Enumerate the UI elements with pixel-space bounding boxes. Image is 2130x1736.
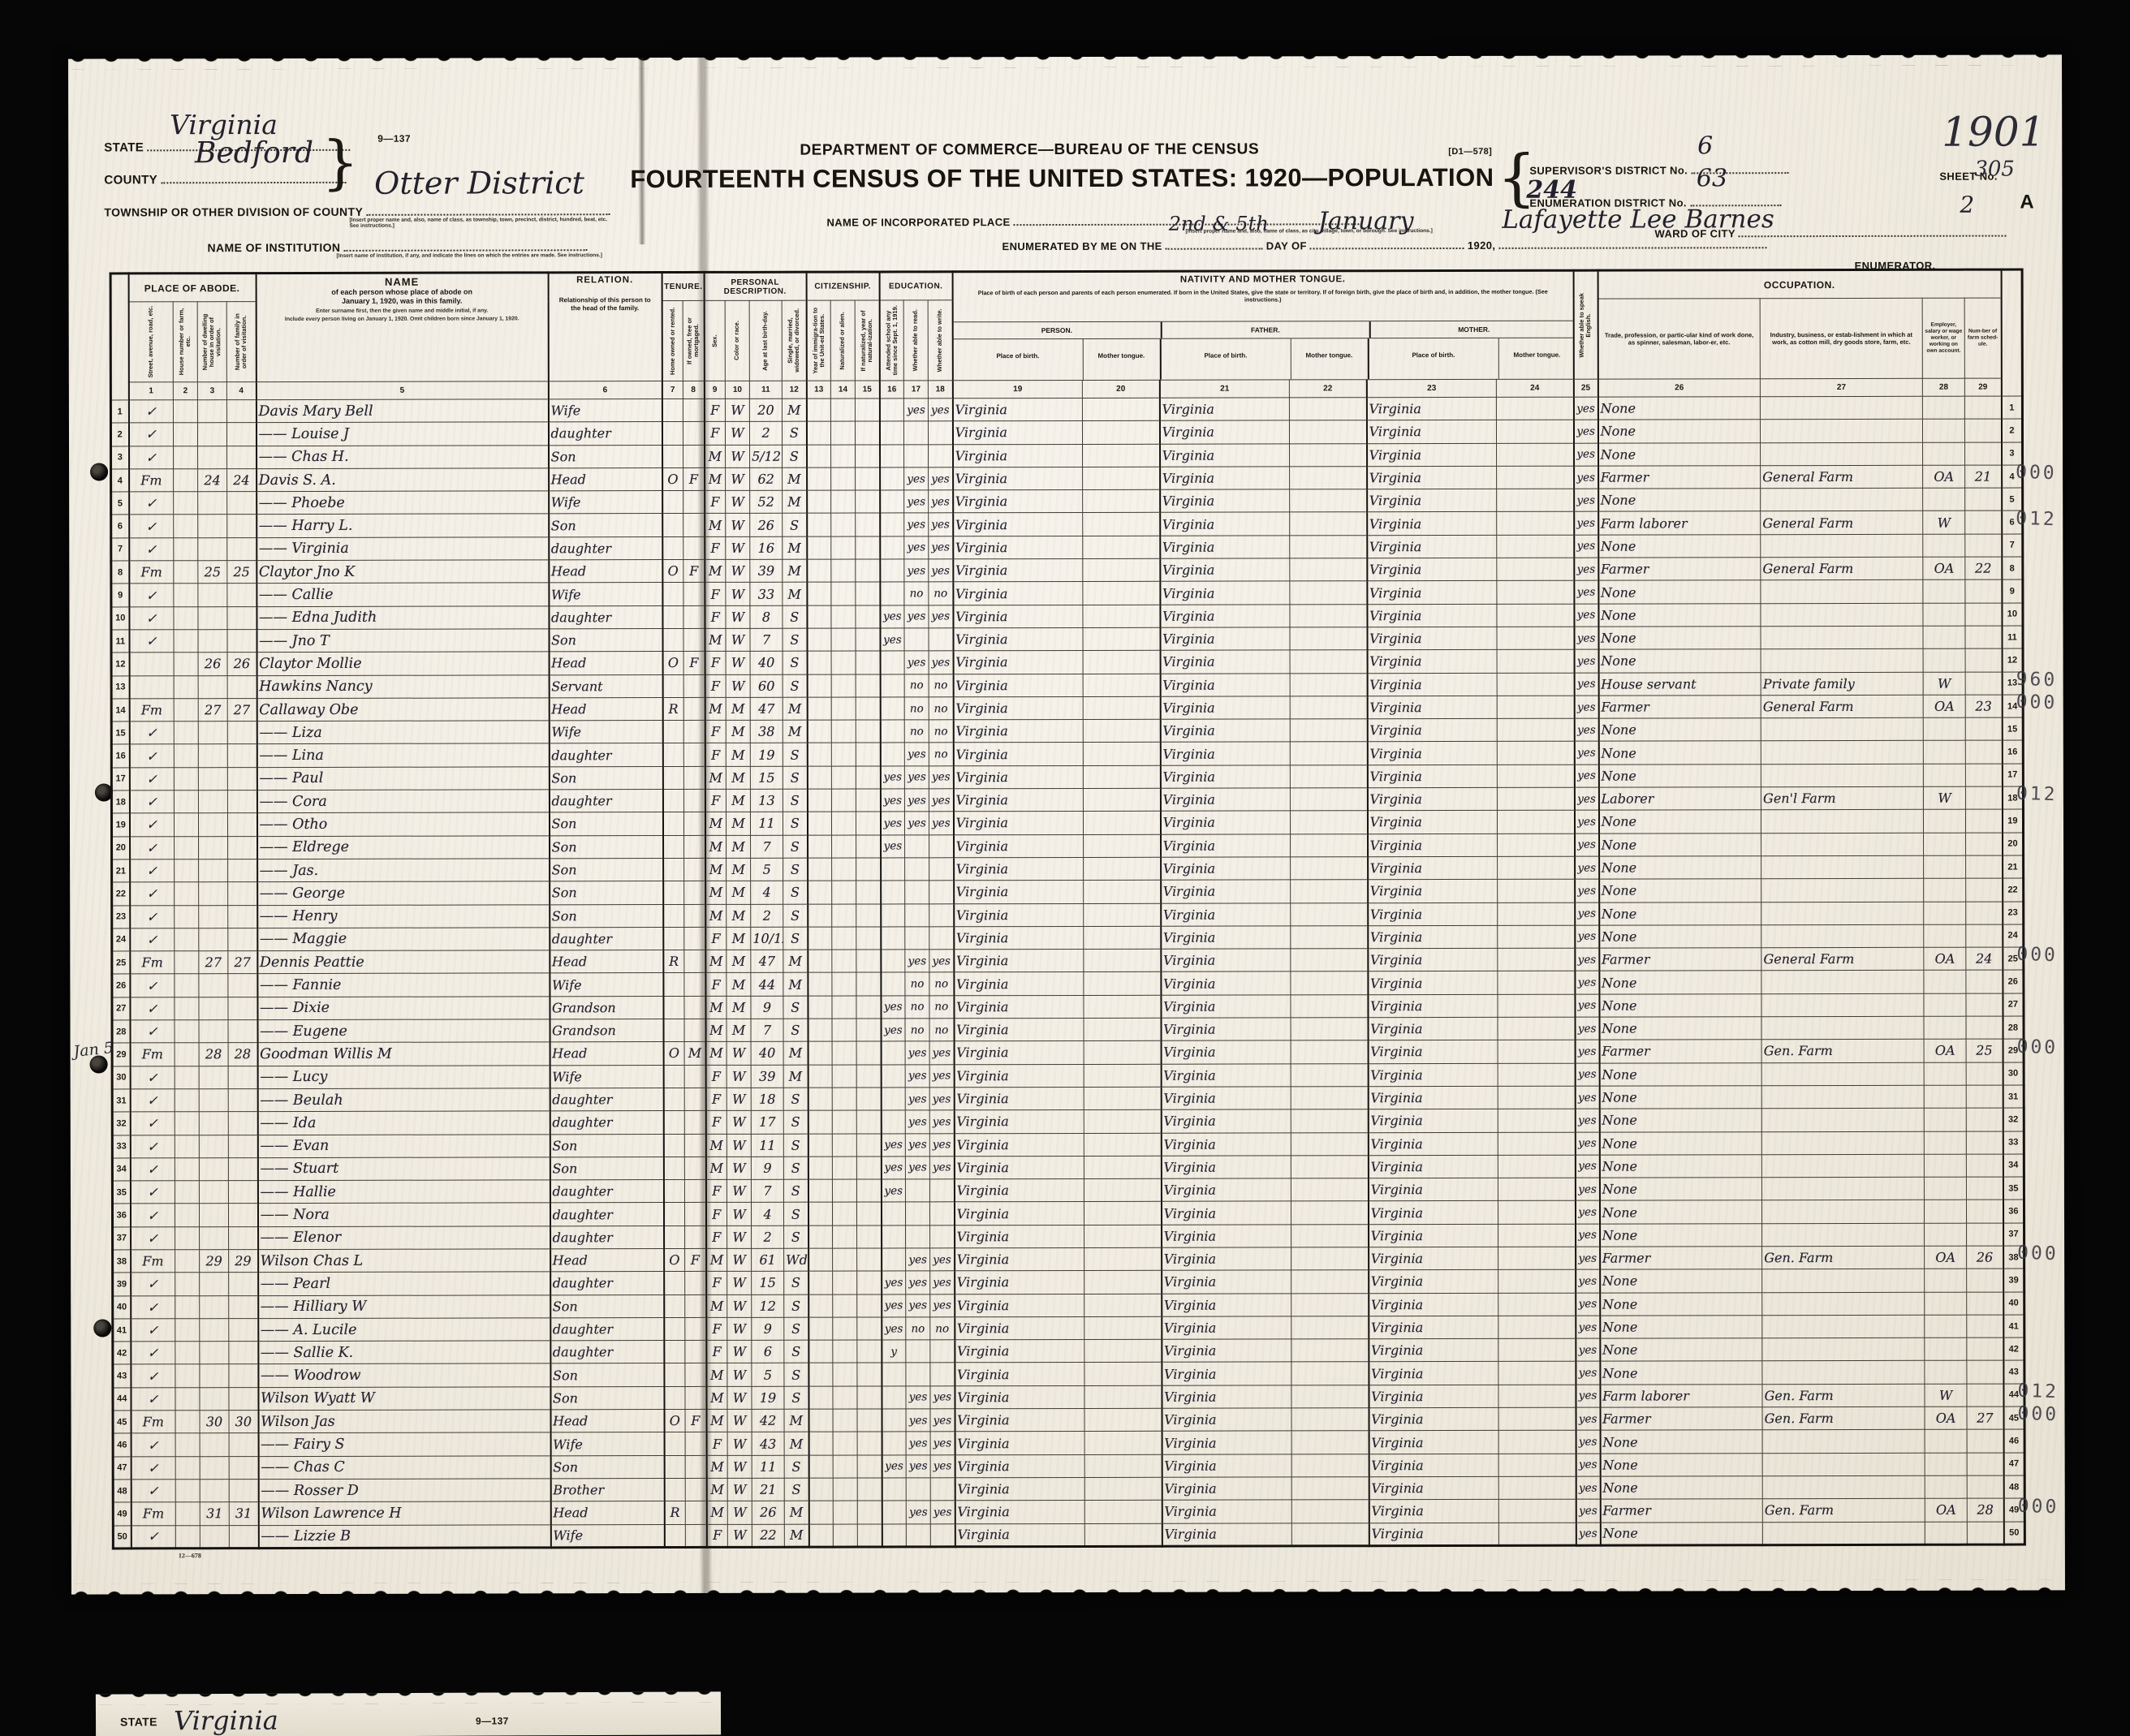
cell-dw: 29 (200, 1250, 229, 1273)
cell-h2 (174, 744, 198, 767)
cell-fb: Virginia (1162, 1408, 1291, 1432)
margin-stamp: 000 (2017, 1243, 2059, 1265)
cell-ind: Private family (1761, 672, 1923, 696)
cell-w18 (930, 1523, 955, 1546)
cell-ag: 10/12 (751, 927, 783, 950)
cell-c15 (856, 467, 880, 490)
cell-pb: Virginia (955, 1363, 1084, 1386)
cell-t24 (1497, 535, 1574, 558)
cell-fm: 27 (228, 951, 257, 974)
cell-n: 24 (112, 928, 130, 951)
cell-fn (1966, 1131, 2003, 1154)
cell-f (685, 1317, 706, 1340)
column-number: 8 (683, 381, 704, 398)
cell-pb: Virginia (953, 467, 1083, 490)
cell-en: yes (1574, 649, 1598, 672)
cell-mb: Virginia (1369, 1293, 1498, 1316)
cell-fm (229, 1387, 258, 1410)
cell-dw (198, 790, 227, 813)
cell-t22 (1291, 949, 1368, 971)
cell-st: ✓ (131, 1525, 175, 1548)
cell-n: 25 (112, 951, 130, 974)
cell-em (1923, 603, 1965, 626)
cell-w18: yes (929, 950, 954, 972)
cell-c15 (856, 1065, 881, 1088)
cell-en: yes (1575, 1132, 1599, 1155)
cell-ag: 2 (751, 904, 783, 927)
cell-c14 (833, 1363, 857, 1386)
cell-mb: Virginia (1367, 558, 1497, 581)
cell-tr: None (1600, 1430, 1762, 1454)
cell-n: 7 (111, 538, 129, 561)
name-note-2: Include every person living on January 1… (258, 316, 545, 323)
cell-w18: yes (929, 789, 954, 812)
cell-st: ✓ (129, 446, 174, 468)
cell-n: 43 (113, 1364, 131, 1387)
cell-t20 (1083, 489, 1160, 512)
county-value: Bedford (195, 136, 313, 170)
cell-s16: yes (881, 812, 905, 834)
cell-r17: yes (904, 536, 929, 559)
cell-pb: Virginia (955, 1340, 1084, 1363)
cell-t22 (1291, 834, 1368, 856)
col-header-owned-rented: Home owned or rented. (662, 301, 683, 381)
cell-c13 (808, 1226, 833, 1248)
cell-s16: yes (881, 789, 905, 812)
cell-t22 (1291, 1224, 1369, 1247)
cell-t22 (1291, 1247, 1369, 1270)
cell-rl: daughter (549, 743, 662, 767)
cell-sx: F (705, 536, 726, 559)
cell-rl: Son (550, 1294, 664, 1318)
cell-t22 (1290, 581, 1367, 604)
cell-w18 (930, 1340, 955, 1363)
cell-pb: Virginia (953, 421, 1083, 445)
cell-c13 (808, 927, 832, 950)
cell-st: ✓ (130, 1158, 175, 1181)
cell-c13 (807, 605, 831, 628)
cell-s16 (882, 1432, 906, 1454)
cell-c14 (830, 398, 855, 421)
cell-n2: 35 (2003, 1177, 2024, 1200)
cell-r17: yes (905, 1041, 929, 1064)
cell-fm (228, 974, 257, 997)
cell-f (685, 1432, 706, 1455)
cell-s16 (881, 858, 905, 881)
cell-t20 (1084, 1178, 1162, 1201)
cell-en: yes (1574, 558, 1598, 580)
cell-ag: 43 (752, 1432, 784, 1455)
cell-tr: None (1598, 718, 1761, 742)
cell-c15 (856, 812, 881, 834)
cell-ag: 11 (751, 1134, 783, 1157)
cell-tr: None (1600, 1269, 1762, 1293)
cell-c15 (857, 1501, 882, 1523)
cell-fb: Virginia (1162, 1201, 1291, 1225)
cell-c14 (831, 720, 856, 743)
cell-fn (1967, 1522, 2003, 1544)
cell-f (684, 1065, 705, 1088)
cell-st (129, 653, 174, 675)
cell-dw (198, 744, 227, 767)
cell-c13 (808, 1340, 833, 1363)
cell-st: ✓ (130, 1204, 175, 1226)
cell-em (1923, 488, 1965, 510)
cell-fn (1966, 786, 2003, 809)
cell-dw (200, 1364, 229, 1387)
cell-r17: no (904, 582, 929, 605)
column-number: 20 (1082, 380, 1159, 398)
cell-ms: M (783, 467, 807, 490)
cell-s16: yes (881, 835, 905, 858)
cell-ag: 4 (752, 1203, 784, 1226)
cell-n2: 32 (2003, 1108, 2024, 1131)
cell-c14 (833, 1524, 857, 1547)
cell-mb: Virginia (1368, 811, 1498, 834)
cell-st: ✓ (129, 492, 174, 515)
cell-w18 (929, 834, 954, 857)
cell-t22 (1291, 1454, 1369, 1476)
name-desc-1: of each person whose place of abode on (258, 287, 545, 297)
col-header-naturalized: Naturalized or alien. (830, 300, 855, 381)
cell-sx: M (705, 812, 727, 835)
cell-t20 (1084, 1202, 1162, 1225)
cell-fm (229, 1364, 258, 1387)
cell-r17: yes (906, 1294, 930, 1316)
cell-cr: W (727, 1409, 752, 1432)
cell-ag: 40 (750, 651, 783, 674)
cell-nm: —— Nora (258, 1203, 550, 1226)
cell-c13 (808, 904, 832, 927)
cell-fm (228, 1088, 257, 1111)
cell-dw: 26 (198, 653, 227, 675)
cell-r17 (906, 1340, 930, 1363)
cell-n: 12 (111, 653, 129, 675)
cell-nm: —— Jas. (257, 859, 550, 882)
cell-c14 (831, 674, 856, 697)
cell-w18: no (930, 1317, 955, 1340)
cell-h2 (174, 699, 198, 722)
cell-r17 (904, 421, 929, 444)
cell-cr: M (727, 812, 751, 835)
cell-ind (1761, 396, 1923, 420)
cell-sx: F (705, 743, 726, 766)
cell-n: 11 (111, 630, 129, 653)
cell-t22 (1290, 489, 1367, 512)
cell-c15 (856, 1041, 881, 1064)
person-tongue-header: Mother tongue. (1083, 339, 1161, 380)
cell-n: 2 (110, 423, 128, 446)
cell-pb: Virginia (954, 1064, 1084, 1088)
cell-t22 (1290, 719, 1367, 742)
cell-c15 (857, 1432, 882, 1454)
cell-em: W (1923, 511, 1965, 534)
cell-mb: Virginia (1367, 742, 1497, 765)
cell-h2 (175, 905, 199, 928)
cell-t22 (1290, 467, 1367, 489)
cell-fb: Virginia (1161, 788, 1291, 812)
margin-stamp: 960 (2016, 668, 2057, 691)
cell-t22 (1290, 512, 1367, 535)
cell-ms: M (784, 1432, 808, 1455)
cell-f (683, 789, 705, 812)
cell-fn (1967, 1338, 2003, 1360)
cell-c13 (807, 628, 831, 651)
cell-c14 (833, 1432, 857, 1454)
cell-c13 (808, 1110, 832, 1133)
cell-fb: Virginia (1160, 420, 1290, 444)
cell-t24 (1498, 994, 1575, 1017)
cell-nm: —— Liza (257, 721, 549, 744)
cell-ind (1762, 1177, 1925, 1200)
cell-tr: None (1600, 1338, 1762, 1362)
group-relation: RELATION. Relationship of this person to… (548, 273, 662, 381)
cell-t20 (1084, 812, 1161, 834)
cell-t24 (1498, 856, 1575, 879)
cell-em (1925, 1200, 1967, 1223)
cell-sx: M (705, 1042, 727, 1065)
cell-w18: no (929, 743, 953, 765)
cell-s16 (882, 1386, 906, 1409)
cell-t22 (1290, 398, 1367, 420)
cell-r17: yes (906, 1501, 930, 1523)
cell-f: M (684, 1042, 705, 1065)
cell-em (1924, 993, 1966, 1016)
cell-fb: Virginia (1162, 1385, 1291, 1409)
cell-mb: Virginia (1367, 489, 1497, 513)
cell-sx: F (706, 1524, 727, 1547)
cell-st: ✓ (130, 905, 175, 928)
cell-em: OA (1923, 465, 1965, 488)
cell-ag: 7 (750, 628, 783, 651)
cell-t20 (1083, 674, 1160, 696)
cell-tr: None (1599, 993, 1761, 1017)
cell-pb: Virginia (953, 720, 1083, 743)
cell-ind (1761, 1108, 1924, 1131)
cell-nm: —— Fannie (257, 973, 550, 997)
cell-nm: —— Henry (257, 904, 550, 928)
cell-fm (228, 1181, 257, 1204)
cell-cr: W (727, 1111, 751, 1134)
cell-ag: 17 (751, 1110, 783, 1133)
cell-c14 (831, 559, 856, 582)
cell-fm (228, 928, 257, 950)
cell-h2 (175, 1181, 199, 1204)
cell-en: yes (1576, 1476, 1600, 1499)
cell-fn (1965, 717, 2002, 740)
cell-en: yes (1575, 856, 1599, 879)
cell-en: yes (1574, 512, 1598, 535)
cell-em (1923, 648, 1965, 671)
cell-o (662, 398, 683, 421)
cell-ag: 26 (752, 1501, 784, 1523)
cell-rl: daughter (550, 1341, 664, 1364)
cell-fn (1965, 511, 2002, 534)
cell-c13 (808, 1271, 833, 1294)
cell-o (664, 1226, 685, 1248)
cell-o (664, 1455, 685, 1478)
cell-t20 (1084, 1339, 1162, 1362)
cell-h2 (175, 836, 199, 859)
cell-t24 (1498, 811, 1575, 834)
column-number: 11 (749, 381, 782, 398)
cell-ind (1762, 1361, 1925, 1385)
cell-f (685, 1203, 706, 1226)
cell-en: yes (1574, 765, 1598, 787)
cell-sx: F (705, 674, 726, 697)
cell-rl: Servant (549, 674, 662, 698)
cell-c14 (832, 904, 856, 927)
cell-fn (1967, 1200, 2003, 1222)
cell-c13 (807, 536, 831, 559)
cell-en: yes (1575, 787, 1599, 810)
cell-fm (228, 1112, 257, 1135)
cell-mb: Virginia (1368, 880, 1498, 903)
cell-s16 (881, 972, 905, 995)
nativity-person-father-mother: PERSON. FATHER. MOTHER. (953, 321, 1572, 340)
cell-c15 (857, 1409, 882, 1432)
cell-st: Fm (131, 1411, 175, 1433)
cell-c13 (807, 766, 831, 789)
cell-cr: M (726, 743, 750, 766)
cell-cr: M (726, 720, 750, 743)
cell-cr: W (726, 583, 750, 605)
col-header-dwelling-number: Number of dwelling house in order of vis… (197, 302, 226, 382)
cell-fm (229, 1295, 258, 1318)
nativity-title: NATIVITY AND MOTHER TONGUE. (953, 272, 1572, 289)
cell-cr: M (727, 1019, 751, 1041)
cell-em (1924, 1108, 1966, 1131)
cell-rl: Head (550, 1501, 664, 1525)
cell-ind: General Farm (1761, 465, 1923, 489)
cell-fm (227, 767, 257, 790)
cell-c13 (807, 697, 831, 720)
cell-n: 31 (112, 1089, 130, 1112)
group-education: EDUCATION. (879, 272, 952, 300)
cell-t22 (1291, 994, 1368, 1017)
cell-em: OA (1925, 1406, 1967, 1429)
cell-o: R (664, 1501, 685, 1524)
cell-o (663, 1111, 684, 1134)
cell-dw (198, 675, 227, 698)
cell-mb: Virginia (1369, 1270, 1498, 1294)
cell-rl: Head (550, 950, 663, 974)
cell-dw (199, 1204, 228, 1226)
cell-s16: yes (882, 1455, 906, 1478)
cell-n2: 47 (2003, 1453, 2024, 1475)
cell-pb: Virginia (955, 1316, 1084, 1340)
cell-f (683, 697, 705, 720)
enumeration-value: 63 (1697, 164, 1727, 192)
township-label: TOWNSHIP OR OTHER DIVISION OF COUNTY (104, 205, 363, 219)
cell-fb: Virginia (1161, 834, 1291, 858)
next-sheet-torn-edge (96, 1691, 721, 1704)
cell-n2: 1 (2002, 396, 2023, 419)
cell-fn: 27 (1967, 1406, 2003, 1429)
cell-t22 (1291, 1293, 1369, 1316)
cell-r17: yes (906, 1386, 930, 1409)
cell-c15 (857, 1455, 882, 1478)
cell-f: F (683, 467, 705, 490)
cell-tr: None (1598, 534, 1761, 558)
cell-tr: Farmer (1599, 948, 1761, 971)
column-number: 19 (952, 380, 1082, 398)
cell-cr: W (726, 514, 750, 536)
cell-ind (1762, 1315, 1925, 1338)
cell-tr: None (1598, 442, 1761, 466)
cell-f (685, 1272, 706, 1294)
cell-r17: yes (904, 490, 929, 513)
cell-ms: S (783, 1134, 808, 1157)
cell-ms: S (784, 1226, 808, 1248)
col-header-free-mortgaged: If owned, free or mortgaged. (683, 300, 704, 381)
cell-s16 (881, 1041, 905, 1064)
cell-r17: yes (906, 1248, 930, 1271)
cell-fn (1967, 1361, 2003, 1384)
cell-h2 (175, 1319, 200, 1342)
cell-r17: yes (904, 766, 929, 789)
cell-mb: Virginia (1368, 902, 1498, 926)
cell-h2 (175, 1295, 200, 1318)
cell-fn: 23 (1965, 695, 2002, 717)
cell-pb: Virginia (953, 513, 1083, 536)
cell-st: Fm (129, 699, 174, 722)
cell-n: 40 (113, 1295, 131, 1318)
cell-c15 (857, 1524, 882, 1547)
cell-o (664, 1272, 685, 1294)
cell-st (129, 675, 174, 698)
cell-en: yes (1576, 1499, 1600, 1522)
cell-s16 (881, 927, 905, 950)
cell-fb: Virginia (1161, 949, 1291, 972)
cell-ag: 2 (750, 422, 783, 445)
cell-c15 (856, 858, 881, 881)
cell-st: ✓ (131, 1295, 175, 1318)
cell-f (683, 422, 705, 445)
cell-fb: Virginia (1160, 489, 1290, 513)
cell-w18: yes (929, 1133, 954, 1156)
cell-sx: F (706, 1317, 727, 1340)
cell-h2 (174, 767, 198, 790)
cell-em (1925, 1292, 1967, 1315)
cell-pb: Virginia (954, 789, 1084, 812)
cell-s16: yes (881, 1019, 905, 1041)
cell-dw: 28 (199, 1043, 228, 1066)
cell-f (683, 628, 705, 651)
cell-em (1923, 580, 1965, 603)
cell-st: ✓ (129, 768, 174, 790)
cell-nm: Callaway Obe (257, 698, 549, 722)
cell-o (662, 583, 683, 605)
cell-w18: yes (930, 1409, 955, 1432)
cell-fb: Virginia (1160, 581, 1290, 605)
cell-sx: F (706, 1203, 727, 1226)
cell-t20 (1084, 1064, 1161, 1087)
cell-st: ✓ (130, 1089, 175, 1112)
cell-r17 (904, 628, 929, 651)
cell-pb: Virginia (955, 1294, 1084, 1317)
cell-cr: W (727, 1386, 752, 1409)
cell-t24 (1497, 718, 1574, 741)
cell-en: yes (1575, 834, 1599, 856)
cell-nm: —— Ida (257, 1111, 550, 1135)
cell-cr: M (727, 996, 751, 1019)
cell-fm (227, 744, 257, 767)
cell-n: 14 (111, 699, 129, 722)
cell-en: yes (1574, 718, 1598, 741)
cell-tr: None (1598, 489, 1761, 512)
cell-cr: W (727, 1179, 751, 1202)
